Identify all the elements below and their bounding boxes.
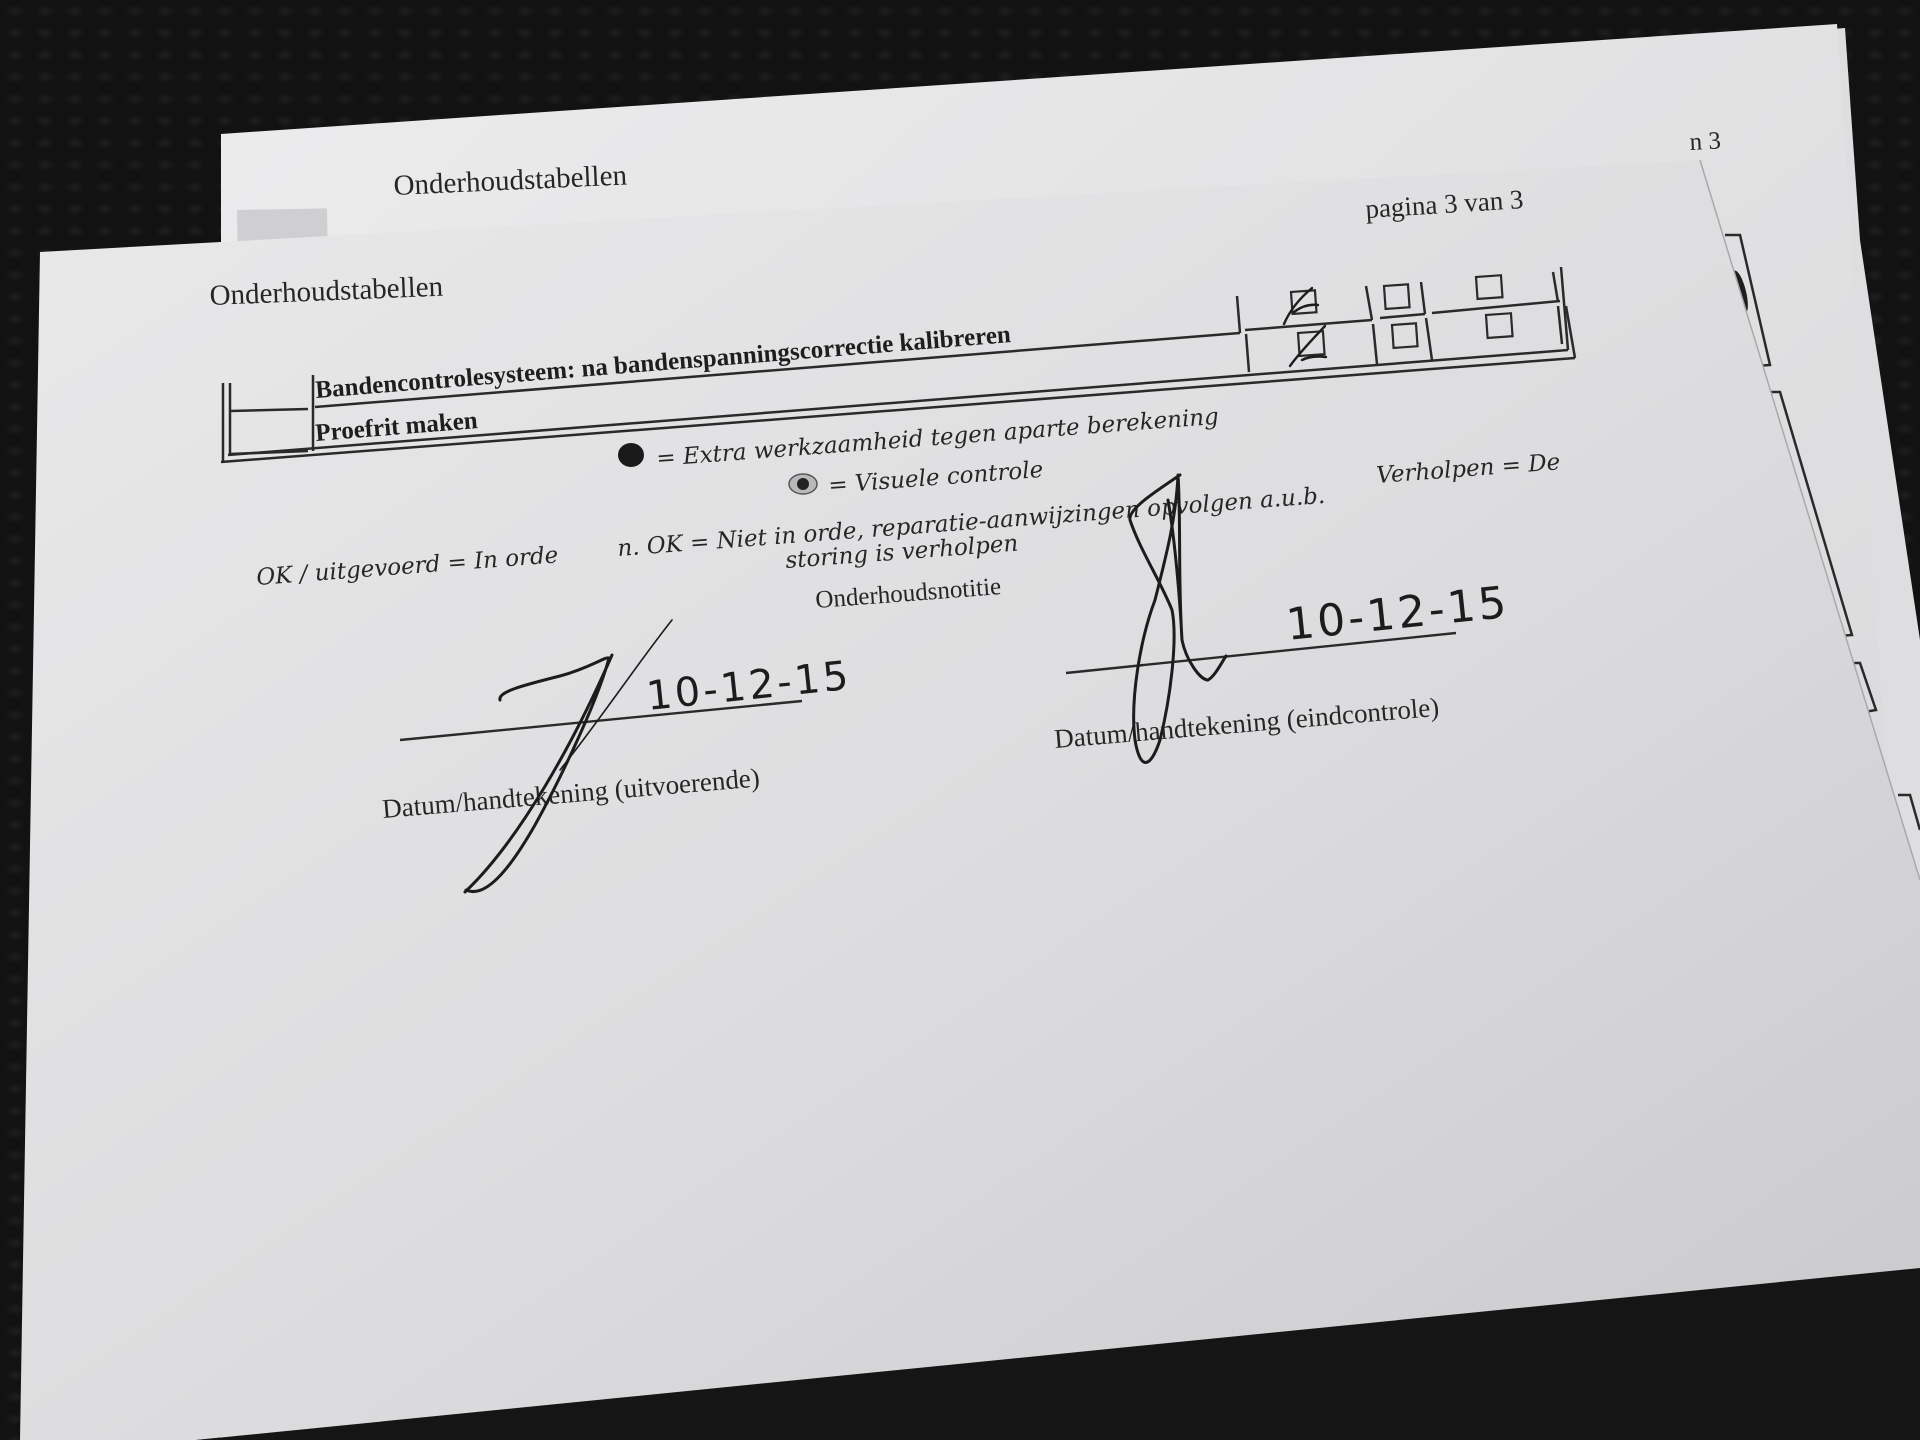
filled-circle-icon [618, 443, 644, 467]
front-page: Onderhoudstabellen pagina 3 van 3 [20, 160, 1920, 1440]
back-page-number-fragment: n 3 [1689, 127, 1722, 156]
photo-scene: Onderhoudstabellen n 3 Onderhoudstabelle… [0, 0, 1920, 1440]
eye-icon [789, 474, 817, 494]
